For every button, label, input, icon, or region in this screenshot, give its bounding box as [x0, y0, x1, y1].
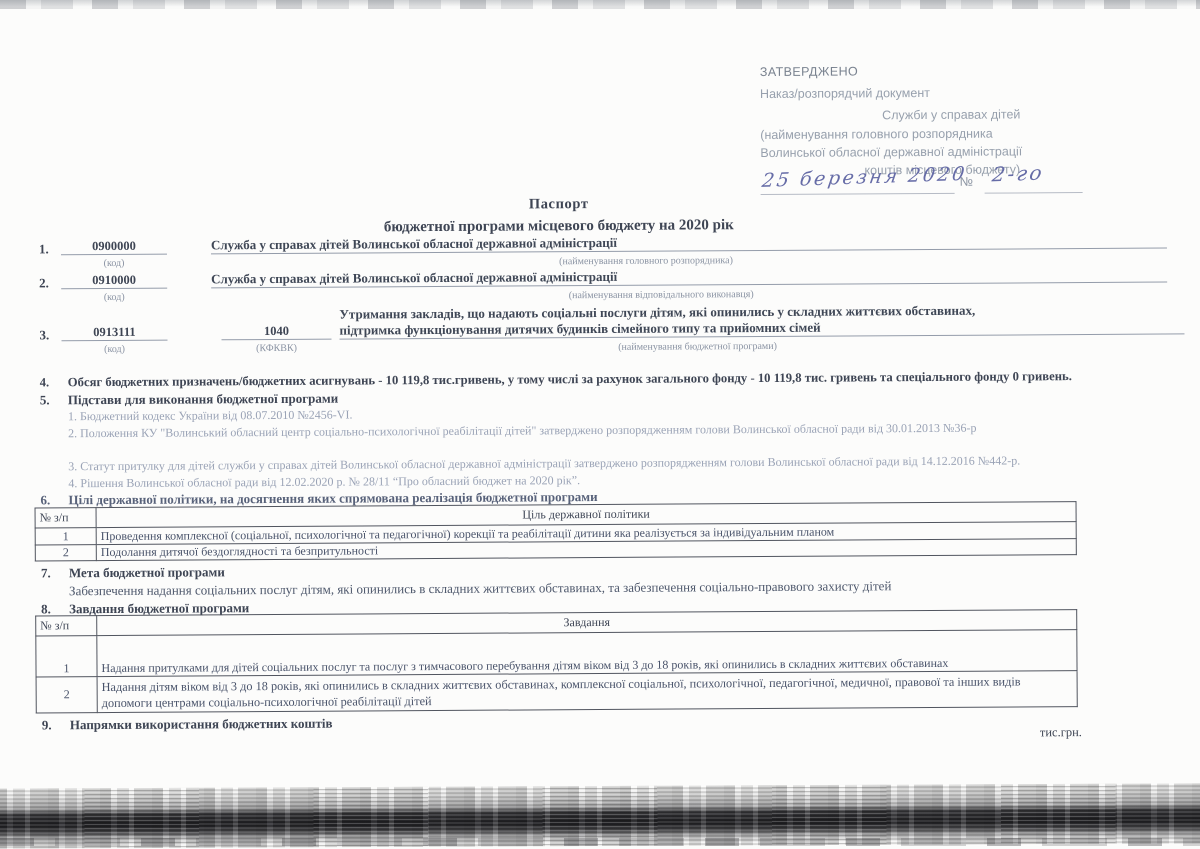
item7-title: Мета бюджетної програми [69, 564, 225, 581]
tasks-col-num-header: № з/п [36, 616, 97, 636]
task-row-text: Надання притулками для дітей соціальних … [97, 630, 1077, 677]
approving-org-caption-1: (найменування головного розпорядника [760, 127, 993, 142]
item9-title: Напрямки використання бюджетних коштів [70, 716, 333, 734]
field3-number: 3. [39, 327, 63, 343]
approving-org-caption-2: Волинської обласної державної адміністра… [760, 144, 1022, 160]
item4-number: 4. [40, 375, 64, 390]
document-content: ЗАТВЕРДЖЕНО Наказ/розпорядчий документ С… [0, 0, 1200, 849]
item5-title: Підстави для виконання бюджетної програм… [68, 391, 338, 409]
field1-code-caption: (код) [61, 258, 167, 270]
program-goal-text: Забезпечення надання соціальних послуг д… [69, 577, 1169, 600]
task-row-text: Надання дітям віком від 3 до 18 років, я… [97, 671, 1077, 713]
title-line-1: Паспорт [59, 193, 1059, 216]
field2-code: 0910000 [61, 273, 167, 290]
goal-row-number: 2 [35, 545, 96, 561]
tasks-table-row: 1 Надання притулками для дітей соціальни… [36, 630, 1077, 677]
field1-code: 0900000 [61, 239, 167, 256]
document-title: Паспорт бюджетної програми місцевого бюд… [59, 193, 1059, 238]
approving-org-name: Служби у справах дітей [882, 107, 1020, 122]
program-name-caption: (найменування бюджетної програми) [340, 339, 1056, 354]
scanned-document-page: ЗАТВЕРДЖЕНО Наказ/розпорядчий документ С… [0, 0, 1200, 849]
number-sign: № [960, 175, 974, 189]
ground-item-3: 3. Статут притулку для дітей служби у сп… [68, 453, 1020, 474]
scan-noise-tail [0, 838, 1200, 846]
handwritten-date: 25 березня 2020 [761, 163, 969, 192]
field2-name: Служба у справах дітей Волинської обласн… [211, 266, 1167, 289]
field1-number: 1. [39, 241, 63, 257]
field2-code-caption: (код) [61, 292, 167, 304]
item6-number: 6. [40, 492, 64, 508]
item9-number: 9. [42, 717, 66, 733]
ground-item-2: 2. Положення КУ "Волинський обласний цен… [68, 421, 976, 442]
task-row-number: 1 [36, 636, 97, 677]
field2-name-caption: (найменування відповідального виконавця) [211, 287, 1111, 303]
task-row-number: 2 [36, 677, 97, 713]
item5-number: 5. [40, 392, 64, 408]
tasks-table: № з/п Завдання 1 Надання притулками для … [35, 609, 1078, 713]
field3-kfkvk-caption: (КФКВК) [222, 343, 332, 355]
order-document-label: Наказ/розпорядчий документ [760, 86, 930, 101]
handwritten-number: 2-го [991, 161, 1046, 187]
field3-code: 0913111 [61, 325, 167, 342]
goal-row-number: 1 [35, 528, 96, 545]
goals-col-num-header: № з/п [35, 508, 96, 528]
field3-kfkvk-code: 1040 [221, 324, 331, 341]
field3-code-caption: (код) [62, 344, 168, 356]
tasks-table-row: 2 Надання дітям віком від 3 до 18 років,… [36, 671, 1077, 713]
goals-table: № з/п Ціль державної політики 1 Проведен… [35, 501, 1077, 561]
approval-block: ЗАТВЕРДЖЕНО Наказ/розпорядчий документ С… [760, 63, 1101, 170]
ground-item-4: 4. Рішення Волинської обласної ради від … [68, 473, 580, 491]
unit-note: тис.грн. [992, 725, 1082, 741]
item7-number: 7. [41, 565, 65, 581]
budget-volume-text: Обсяг бюджетних призначень/бюджетних аси… [68, 369, 1173, 391]
ground-item-1: 1. Бюджетний кодекс України від 08.07.20… [68, 408, 353, 425]
field2-number: 2. [39, 275, 63, 291]
approved-label: ЗАТВЕРДЖЕНО [760, 64, 858, 79]
